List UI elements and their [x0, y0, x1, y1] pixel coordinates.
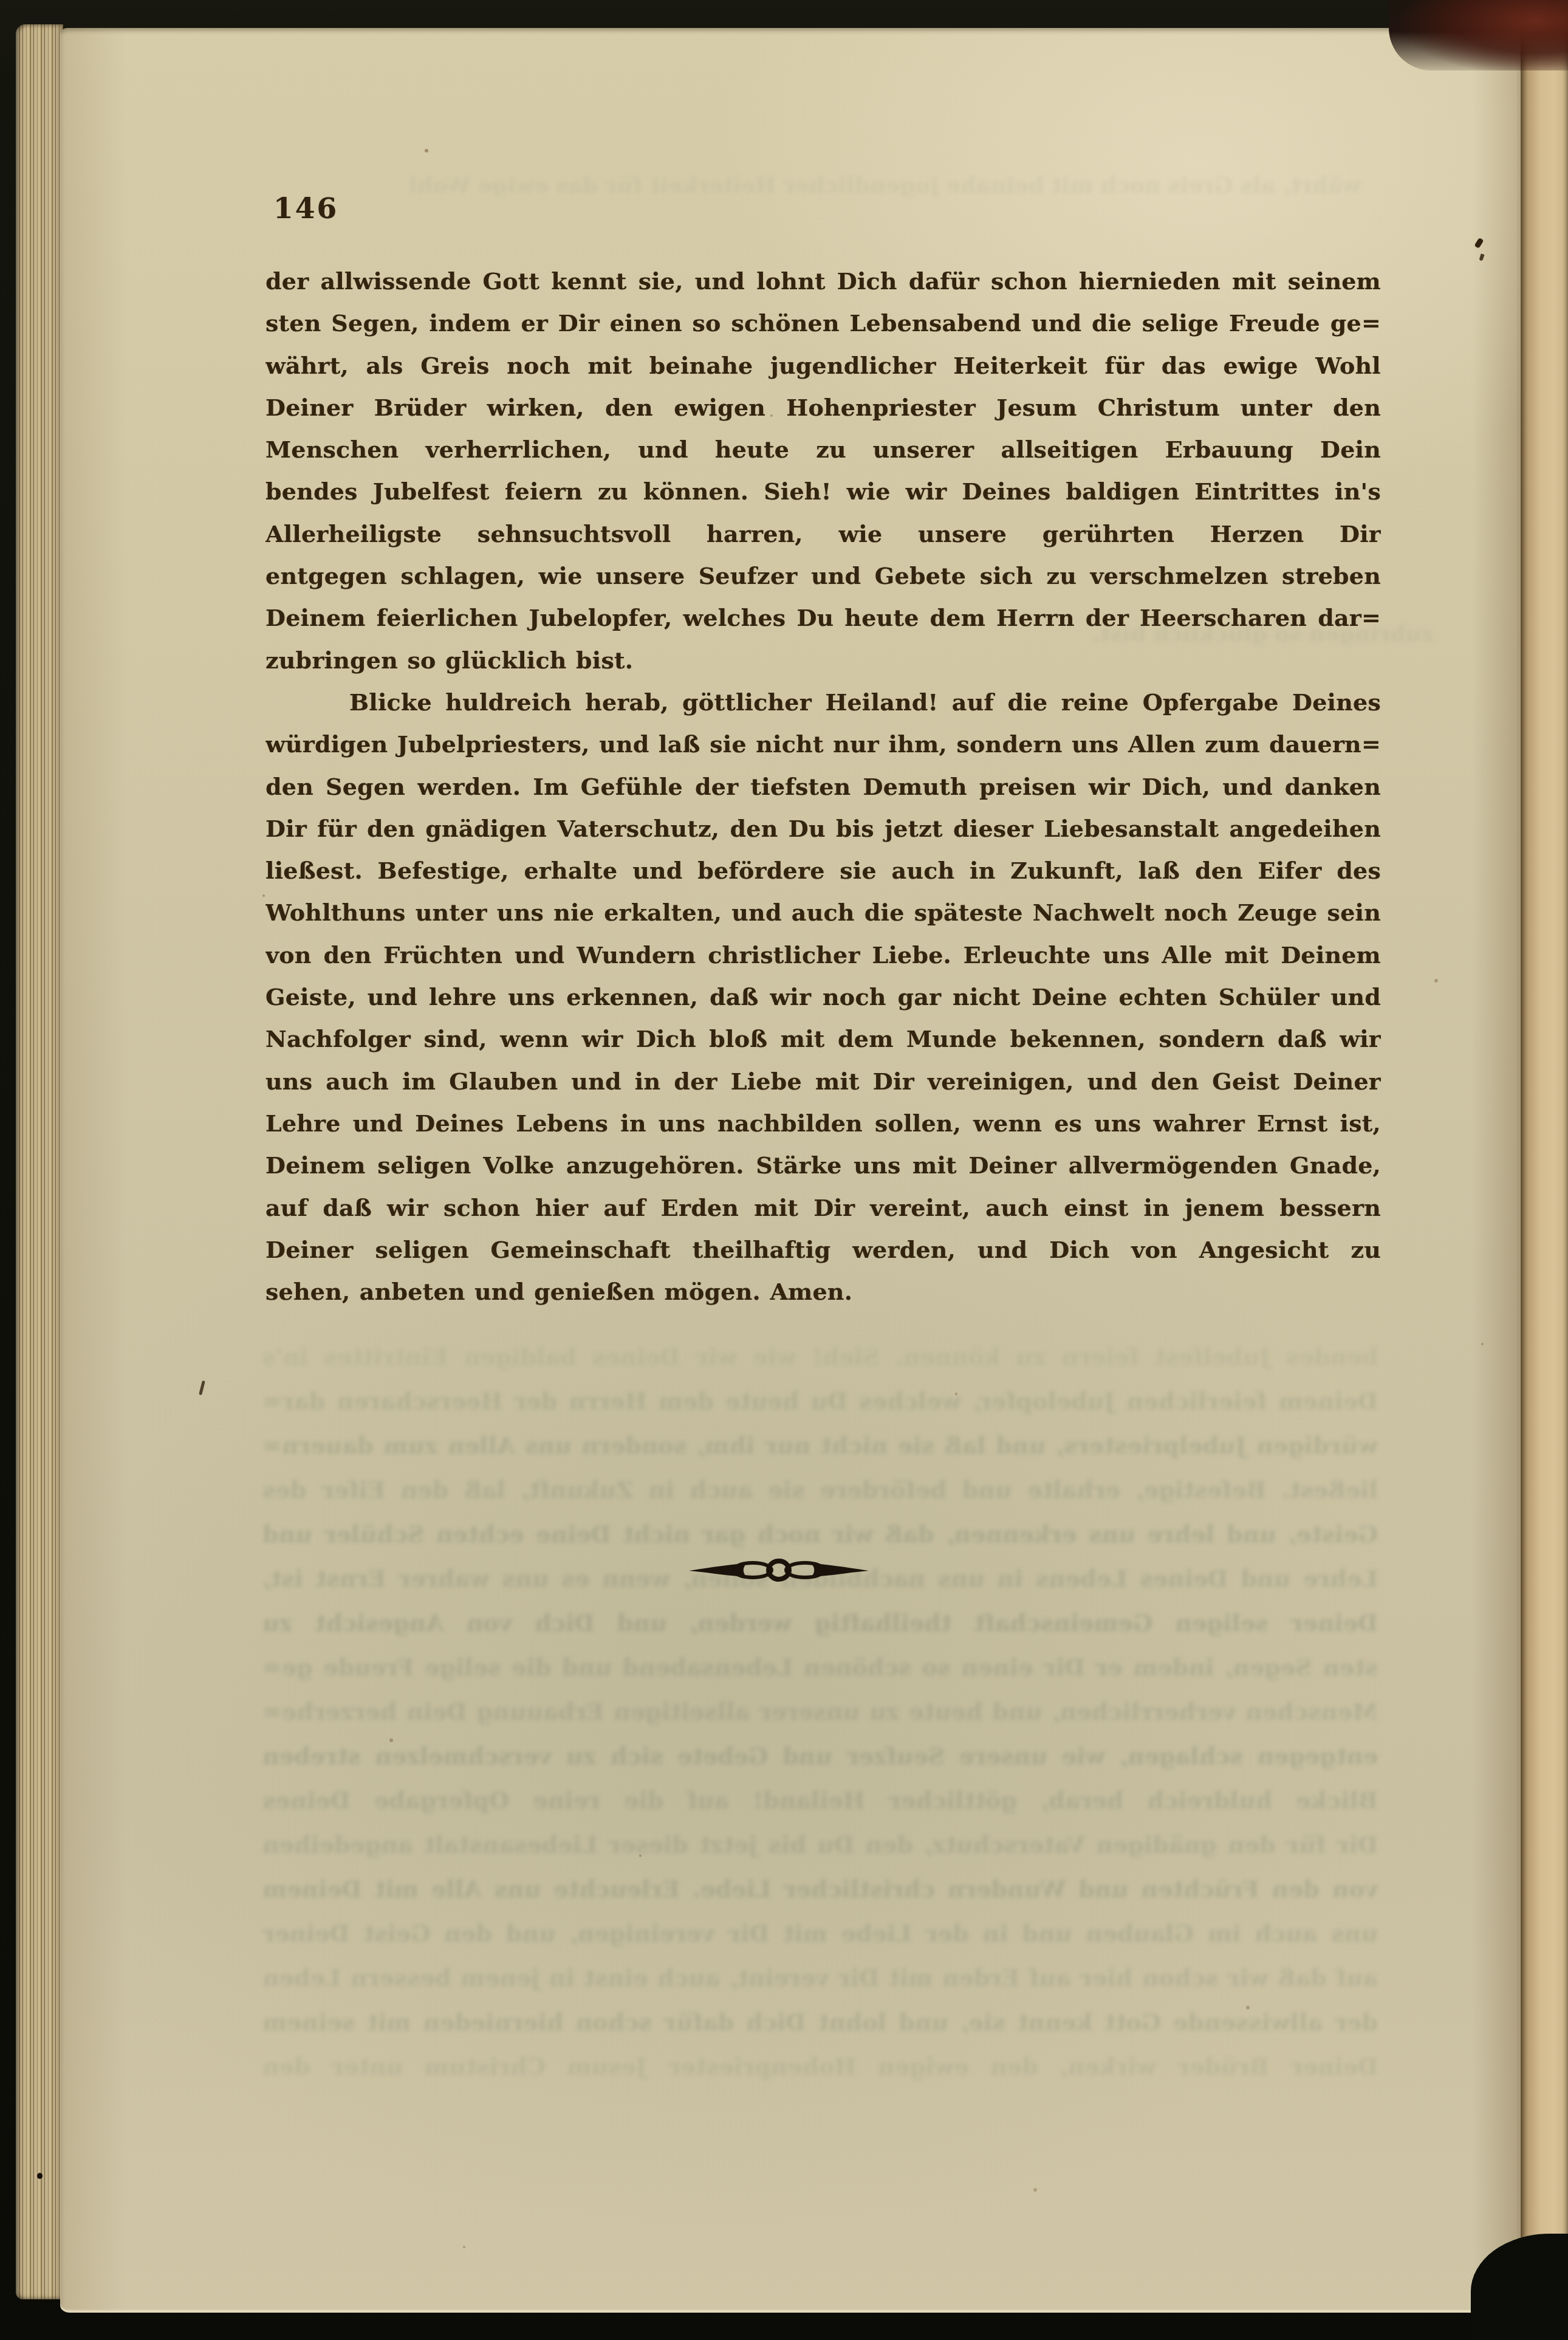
text-line: sten Segen, indem er Dir einen so schöne… [265, 302, 1381, 344]
bleed-through-line: der allwissende Gott kennt sie, und lohn… [262, 2000, 1378, 2044]
bleed-through-line: Deiner seligen Gemeinschaft theilhaftig … [262, 1601, 1378, 1645]
text-line: Geiste, und lehre uns erkennen, daß wir … [265, 976, 1381, 1018]
bleed-through-line: Menschen verherrlichen, und heute zu uns… [262, 1689, 1378, 1734]
text-line: Menschen verherrlichen, und heute zu uns… [265, 428, 1381, 470]
text-line: von den Früchten und Wundern christliche… [265, 934, 1381, 976]
paper-specks [0, 0, 2, 2]
bleed-through-line: bendes Jubelfest feiern zu können. Sieh!… [262, 1334, 1378, 1379]
text-line: zubringen so glücklich bist. [265, 639, 1381, 681]
text-line: Dir für den gnädigen Vaterschutz, den Du… [265, 808, 1381, 849]
bleed-through-fragment: währt, als Greis noch mit beinahe jugend… [340, 173, 1361, 209]
text-line: würdigen Jubelpriesters, und laß sie nic… [265, 723, 1381, 765]
text-line: der allwissende Gott kennt sie, und lohn… [265, 260, 1381, 302]
section-divider-ornament [688, 1556, 870, 1585]
text-line: entgegen schlagen, wie unsere Seufzer un… [265, 555, 1381, 597]
bleed-through-line: Blicke huldreich herab, göttlicher Heila… [262, 1778, 1378, 1822]
bleed-through-line: ließest. Befestige, erhalte und beförder… [262, 1467, 1378, 1512]
text-line: auf daß wir schon hier auf Erden mit Dir… [265, 1187, 1381, 1229]
page-edge-stack [16, 24, 63, 2299]
text-line: Blicke huldreich herab, göttlicher Heila… [265, 681, 1381, 723]
bleed-through-line: würdigen Jubelpriesters, und laß sie nic… [262, 1423, 1378, 1467]
bleed-through-line: Dir für den gnädigen Vaterschutz, den Du… [262, 1822, 1378, 1867]
bleed-through-block: bendes Jubelfest feiern zu können. Sieh!… [262, 1334, 1378, 2088]
text-line: Lehre und Deines Lebens in uns nachbilde… [265, 1102, 1381, 1144]
text-line: sehen, anbeten und genießen mögen. Amen. [265, 1271, 1381, 1312]
text-line: Deinem seligen Volke anzugehören. Stärke… [265, 1144, 1381, 1186]
text-line: bendes Jubelfest feiern zu können. Sieh!… [265, 470, 1381, 512]
bleed-through-line: von den Früchten und Wundern christliche… [262, 1867, 1378, 1911]
ink-fleck [37, 2173, 43, 2179]
bleed-through-line: Deinem feierlichen Jubelopfer, welches D… [262, 1379, 1378, 1423]
text-line: uns auch im Glauben und in der Liebe mit… [265, 1060, 1381, 1102]
bleed-through-line: Deiner Brüder wirken, den ewigen Hohenpr… [262, 2044, 1378, 2088]
text-line: ließest. Befestige, erhalte und beförder… [265, 849, 1381, 891]
book-cover-corner [1389, 0, 1568, 70]
text-line: währt, als Greis noch mit beinahe jugend… [265, 345, 1381, 386]
bleed-through-line: uns auch im Glauben und in der Liebe mit… [262, 1911, 1378, 1955]
text-line: Deiner Brüder wirken, den ewigen Hohenpr… [265, 386, 1381, 428]
adjacent-page-fold [1521, 34, 1568, 2286]
text-line: Wohlthuns unter uns nie erkalten, und au… [265, 891, 1381, 933]
bleed-through-line: sten Segen, indem er Dir einen so schöne… [262, 1645, 1378, 1689]
text-block: der allwissende Gott kennt sie, und lohn… [265, 260, 1381, 1312]
bleed-through-line: entgegen schlagen, wie unsere Seufzer un… [262, 1734, 1378, 1778]
bleed-through-line: auf daß wir schon hier auf Erden mit Dir… [262, 1955, 1378, 2000]
text-line: Deinem feierlichen Jubelopfer, welches D… [265, 597, 1381, 639]
page-number: 146 [273, 192, 338, 225]
bleed-through-line: Geiste, und lehre uns erkennen, daß wir … [262, 1512, 1378, 1556]
photographed-book-spread: währt, als Greis noch mit beinahe jugend… [0, 0, 1568, 2340]
text-line: Deiner seligen Gemeinschaft theilhaftig … [265, 1229, 1381, 1271]
text-line: Nachfolger sind, wenn wir Dich bloß mit … [265, 1018, 1381, 1060]
text-line: den Segen werden. Im Gefühle der tiefste… [265, 766, 1381, 808]
text-line: Allerheiligste sehnsuchtsvoll harren, wi… [265, 513, 1381, 555]
